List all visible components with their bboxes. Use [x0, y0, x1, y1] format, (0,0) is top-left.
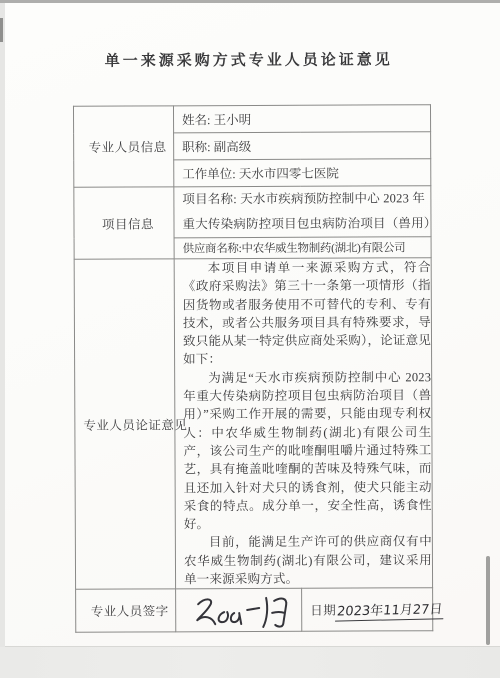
row-label-opinion: 专业人员论证意见	[74, 259, 175, 590]
field-supplier: 供应商名称:中农华威生物制药(湖北)有限公司	[174, 237, 431, 259]
field-project-name: 项目名称: 天水市疾病预防控制中心 2023 年重大传染病防控项目包虫病防治项目…	[174, 186, 431, 238]
field-work-unit: 工作单位: 天水市四零七医院	[174, 159, 431, 187]
row-label-signature: 专业人员签字	[76, 589, 176, 632]
page-title: 单一来源采购方式专业人员论证意见	[0, 48, 499, 71]
date-cell: 日期2023年11月27日	[302, 588, 433, 632]
opinion-form-table: 专业人员信息 姓名: 王小明 职称: 副高级 工作单位: 天水市四零七医院 项目…	[73, 104, 433, 633]
table-row: 项目信息 项目名称: 天水市疾病预防控制中心 2023 年重大传染病防控项目包虫…	[74, 186, 431, 239]
handwritten-date: 2023年11月27日	[335, 598, 445, 621]
opinion-text-cell: 本项目申请单一来源采购方式，符合《政府采购法》第三十一条第一项情形（指因货物或者…	[174, 258, 432, 589]
date-label: 日期	[310, 603, 336, 617]
opinion-paragraph-1: 本项目申请单一来源采购方式，符合《政府采购法》第三十一条第一项情形（指因货物或者…	[183, 258, 431, 369]
opinion-paragraph-3: 目前，能满足生产许可的供应商仅有中农华威生物制药(湖北)有限公司，建议采用单一来…	[184, 533, 432, 589]
opinion-paragraph-2: 为满足“天水市疾病预防控制中心 2023 年重大传染病防控项目包虫病防治项目（兽…	[183, 368, 432, 534]
handwritten-signature	[191, 591, 295, 629]
table-row: 专业人员论证意见 本项目申请单一来源采购方式，符合《政府采购法》第三十一条第一项…	[74, 258, 432, 590]
table-row: 专业人员签字 日期2023年11月27日	[76, 588, 433, 633]
signature-cell	[176, 589, 302, 633]
row-label-project: 项目信息	[74, 187, 174, 259]
field-name: 姓名: 王小明	[173, 105, 430, 133]
scanned-document: 单一来源采购方式专业人员论证意见 专业人员信息 姓名: 王小明 职称: 副高级 …	[0, 0, 500, 678]
row-label-personnel: 专业人员信息	[73, 106, 173, 187]
table-row: 专业人员信息 姓名: 王小明	[73, 105, 430, 134]
document-content: 单一来源采购方式专业人员论证意见 专业人员信息 姓名: 王小明 职称: 副高级 …	[0, 0, 500, 678]
field-job-title: 职称: 副高级	[174, 132, 431, 160]
